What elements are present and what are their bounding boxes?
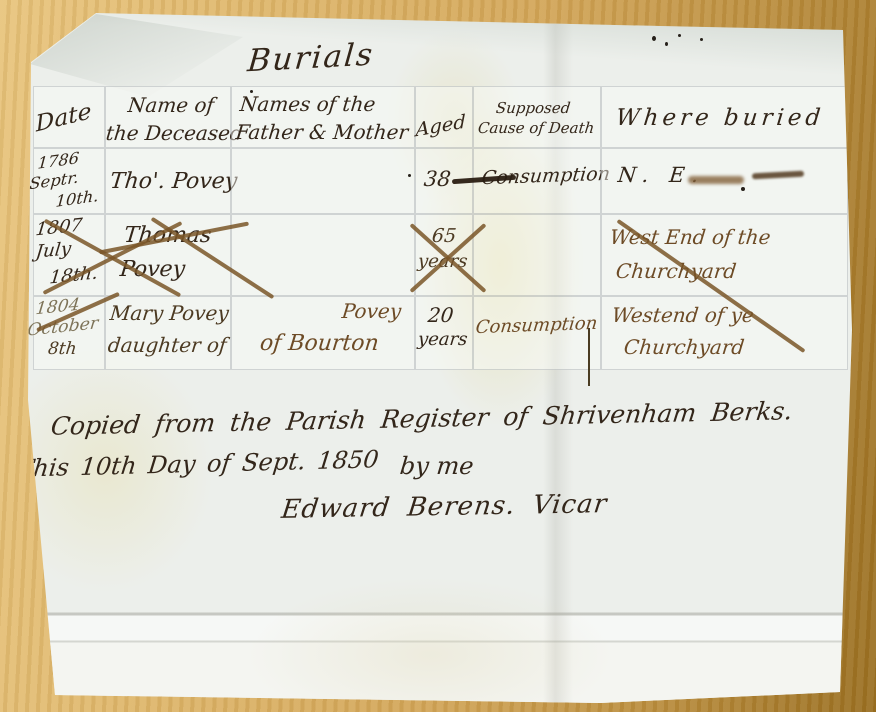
cell-header-aged: Aged [415, 86, 473, 148]
cell-header-where: Where buried [601, 86, 848, 148]
r1-where-smudge-mark [688, 176, 744, 184]
cell-header-parents: Names of the Father & Mother [231, 86, 415, 148]
r3-where-line1: Westend of ye [611, 303, 755, 327]
cell-r3-aged: 20 years [415, 296, 473, 370]
r3-parents-line1: Povey [341, 299, 403, 323]
attestation-line2-date: This 10th Day of Sept. 1850 [16, 445, 380, 482]
header-cause-line1: Supposed [495, 99, 571, 117]
ink-speck [678, 34, 681, 37]
column-rule-ink-mark [588, 328, 590, 386]
cell-r3-date: 1804 October 8th [33, 296, 105, 370]
header-parents-line1: Names of the [239, 92, 377, 116]
cell-header-name: Name of the Deceased [105, 86, 231, 148]
attestation-signature: Edward Berens. Vicar [280, 489, 609, 525]
ink-speck [700, 38, 703, 41]
r3-date-day: 8th [47, 339, 78, 359]
cell-r1-name: Tho'. Povey [105, 148, 231, 214]
cell-r1-parents [231, 148, 415, 214]
ink-speck [741, 187, 745, 191]
r2-date-month: July [35, 238, 73, 263]
header-cause-line2: Cause of Death [477, 119, 595, 137]
cell-header-date: Date [33, 86, 105, 148]
ink-speck [250, 90, 253, 93]
header-aged-label: Aged [416, 111, 466, 141]
r3-cause: Consumption [475, 313, 599, 338]
r1-date-day: 10th. [55, 186, 99, 211]
r3-name-line2: daughter of [107, 333, 228, 357]
burials-table: Date Name of the Deceased Names of the F… [33, 86, 848, 370]
attestation-line2-byme: by me [399, 452, 475, 480]
page-title: Burials [246, 37, 376, 80]
r3-parents-line2: of Bourton [259, 331, 380, 356]
cell-r1-date: 1786 Septr. 10th. [33, 148, 105, 214]
ink-speck [665, 42, 668, 46]
ink-speck [652, 36, 656, 41]
header-name-line2: the Deceased [105, 121, 244, 145]
cell-r2-where: West End of the Churchyard [601, 214, 848, 296]
r3-aged-value: 20 [427, 303, 455, 327]
r3-where-line2: Churchyard [623, 335, 746, 359]
header-date-label: Date [35, 99, 93, 138]
attestation-line1: Copied from the Parish Register of Shriv… [49, 396, 794, 440]
cell-r3-parents: Povey of Bourton [231, 296, 415, 370]
cell-r3-name: Mary Povey daughter of [105, 296, 231, 370]
cell-r2-date: 1807 July 18th. [33, 214, 105, 296]
cell-r2-parents [231, 214, 415, 296]
header-parents-line2: Father & Mother [235, 120, 410, 144]
cell-r3-where: Westend of ye Churchyard [601, 296, 848, 370]
header-where-label: Where buried [615, 105, 826, 131]
r1-aged: 38 [423, 167, 452, 191]
cell-header-cause: Supposed Cause of Death [473, 86, 601, 148]
r3-aged-unit: years [417, 329, 469, 350]
header-name-line1: Name of [127, 93, 216, 117]
r3-name-line1: Mary Povey [109, 301, 230, 325]
burial-register-paper: Burials Date Name of the Deceased Names … [0, 0, 876, 712]
cell-r3-cause: Consumption [473, 296, 601, 370]
ink-speck [408, 174, 411, 177]
cell-r2-cause [473, 214, 601, 296]
r1-name: Tho'. Povey [109, 169, 239, 194]
